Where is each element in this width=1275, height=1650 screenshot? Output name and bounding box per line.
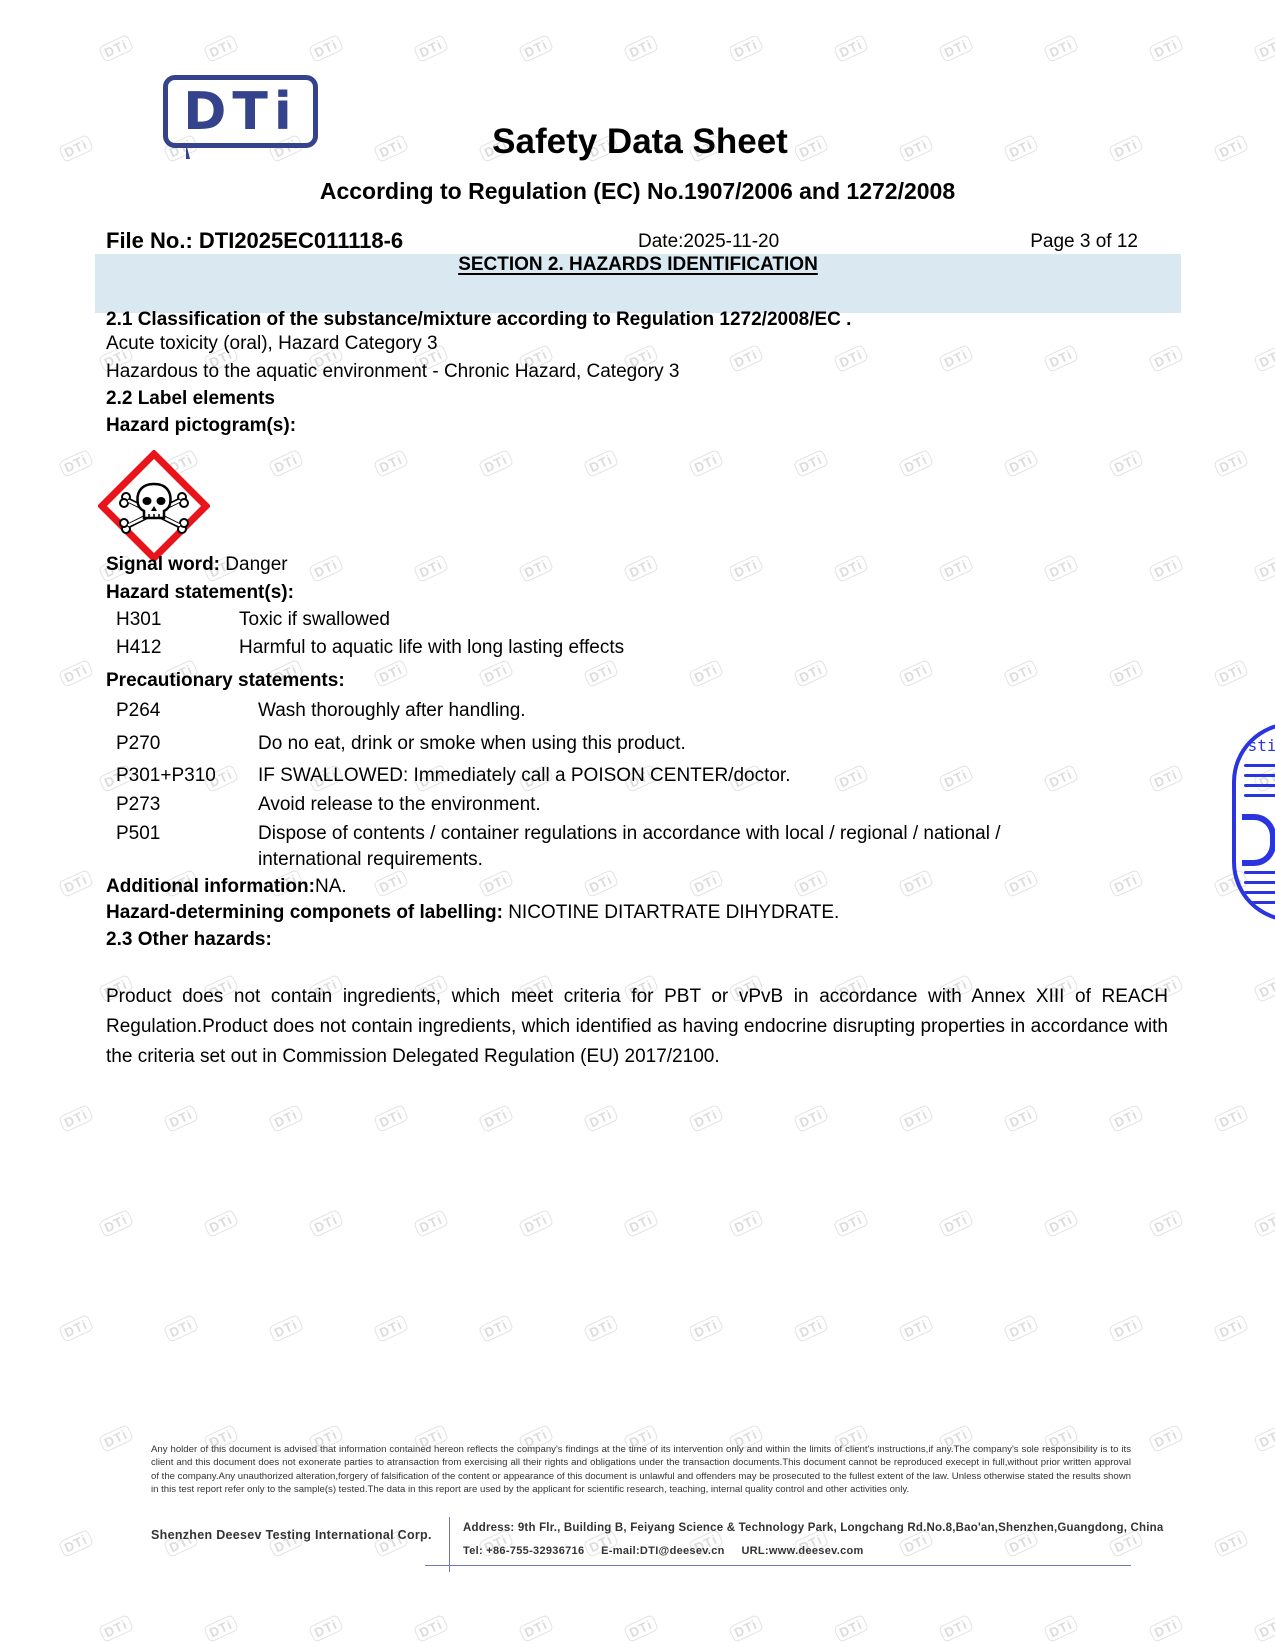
precaution-code: P501	[116, 823, 160, 845]
page-number: Page 3 of 12	[1030, 231, 1138, 253]
logo-text: DTi	[168, 82, 313, 142]
precaution-text: Wash thoroughly after handling.	[258, 700, 526, 722]
other-hazards-heading: 2.3 Other hazards:	[106, 929, 272, 951]
hazard-components: Hazard-determining componets of labellin…	[106, 902, 839, 924]
hazard-code: H412	[116, 637, 161, 659]
hazard-components-label: Hazard-determining componets of labellin…	[106, 902, 503, 923]
precaution-code: P270	[116, 733, 160, 755]
stamp-stripe	[1244, 901, 1275, 904]
signal-word-value: Danger	[220, 554, 288, 575]
other-hazards-text: Product does not contain ingredients, wh…	[106, 982, 1168, 1072]
footer-company-name: Shenzhen Deesev Testing International Co…	[151, 1528, 432, 1542]
classification-item: Hazardous to the aquatic environment - C…	[106, 361, 679, 383]
skull-and-crossbones-icon	[98, 450, 210, 562]
additional-information: Additional information:NA.	[106, 876, 347, 898]
footer-disclaimer: Any holder of this document is advised t…	[151, 1443, 1131, 1497]
hazard-statements-label: Hazard statement(s):	[106, 582, 294, 604]
hazard-code: H301	[116, 609, 161, 631]
stamp-stripe	[1244, 881, 1275, 884]
document-title: Safety Data Sheet	[440, 122, 840, 162]
precaution-text: IF SWALLOWED: Immediately call a POISON …	[258, 765, 790, 787]
precaution-text: Dispose of contents / container regulati…	[258, 823, 1000, 845]
pictogram-label: Hazard pictogram(s):	[106, 415, 296, 437]
classification-heading: 2.1 Classification of the substance/mixt…	[106, 309, 851, 331]
footer-divider	[425, 1565, 1131, 1566]
document-subtitle: According to Regulation (EC) No.1907/200…	[0, 178, 1275, 205]
footer-address: Address: 9th Flr., Building B, Feiyang S…	[463, 1522, 1163, 1534]
section-title: SECTION 2. HAZARDS IDENTIFICATION	[95, 254, 1181, 276]
precaution-code: P264	[116, 700, 160, 722]
signal-word: Signal word: Danger	[106, 554, 288, 576]
stamp-stripe	[1244, 891, 1275, 894]
meta-row: File No.: DTI2025EC011118-6 Date:2025-11…	[106, 228, 1138, 256]
footer-divider	[449, 1517, 450, 1572]
stamp-stripe	[1244, 764, 1275, 767]
dti-logo: DTi	[163, 75, 318, 148]
precaution-text-continued: international requirements.	[258, 849, 483, 871]
hazard-components-value: NICOTINE DITARTRATE DIHYDRATE.	[503, 902, 839, 923]
hazard-text: Toxic if swallowed	[239, 609, 390, 631]
stamp-stripe	[1244, 794, 1275, 797]
stamp-stripe	[1244, 774, 1275, 777]
signal-word-label: Signal word:	[106, 554, 220, 575]
company-stamp: esti	[1232, 722, 1275, 922]
label-elements-heading: 2.2 Label elements	[106, 388, 275, 410]
sds-page: DTiDTiDTiDTiDTiDTiDTiDTiDTiDTiDTiDTiDTiD…	[0, 0, 1275, 1650]
footer-contact: Tel: +86-755-32936716 E-mail:DTI@deesev.…	[463, 1545, 864, 1557]
document-date: Date:2025-11-20	[638, 231, 779, 253]
logo-speech-tail	[186, 143, 190, 159]
precautionary-label: Precautionary statements:	[106, 670, 345, 692]
hazard-text: Harmful to aquatic life with long lastin…	[239, 637, 624, 659]
stamp-stripe	[1244, 871, 1275, 874]
precaution-text: Avoid release to the environment.	[258, 794, 541, 816]
stamp-letter	[1242, 814, 1275, 866]
precaution-code: P301+P310	[116, 765, 216, 787]
stamp-stripe	[1244, 784, 1275, 787]
classification-item: Acute toxicity (oral), Hazard Category 3	[106, 333, 438, 355]
precaution-code: P273	[116, 794, 160, 816]
additional-info-value: NA.	[315, 876, 347, 897]
stamp-text: esti	[1238, 736, 1275, 755]
precaution-text: Do no eat, drink or smoke when using thi…	[258, 733, 686, 755]
section-header-bar: SECTION 2. HAZARDS IDENTIFICATION	[95, 254, 1181, 313]
file-number: File No.: DTI2025EC011118-6	[106, 228, 403, 254]
additional-info-label: Additional information:	[106, 876, 315, 897]
